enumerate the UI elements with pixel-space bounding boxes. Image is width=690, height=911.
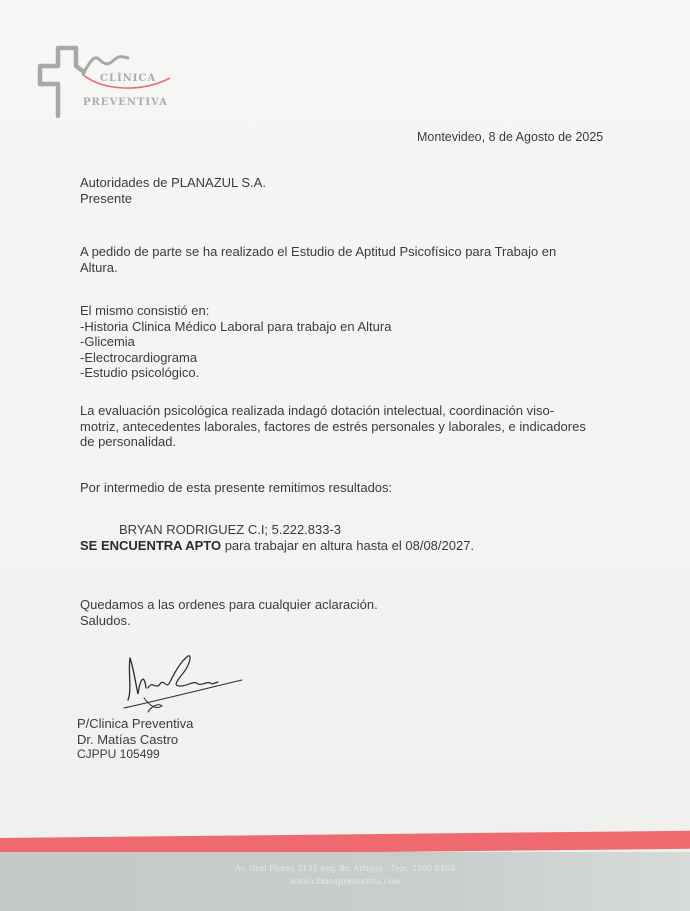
list-item: -Historia Clinica Médico Laboral para tr… — [80, 319, 391, 335]
logo-text-preventiva: PREVENTIVA — [83, 97, 168, 108]
evaluation-line: La evaluación psicológica realizada inda… — [80, 403, 586, 419]
closing-line: Saludos. — [80, 613, 378, 629]
list-item: -Glicemia — [80, 334, 391, 350]
study-heading: El mismo consistió en: — [80, 303, 391, 319]
evaluation-line: de personalidad. — [80, 434, 586, 450]
closing-line: Quedamos a las ordenes para cualquier ac… — [80, 597, 378, 613]
footer-address: Av. Gral Flores 3131 esq. Br. Artigas - … — [0, 864, 690, 873]
intro-line: Altura. — [80, 260, 556, 276]
handwritten-signature-icon — [110, 650, 250, 720]
signatory-registration: CJPPU 105499 — [77, 747, 193, 763]
date-line: Montevideo, 8 de Agosto de 2025 — [417, 130, 603, 146]
evaluation-line: motriz, antecedentes laborales, factores… — [80, 419, 586, 435]
list-item: -Electrocardiograma — [80, 350, 391, 366]
verdict-detail: para trabajar en altura hasta el 08/08/2… — [221, 538, 474, 553]
list-item: -Estudio psicológico. — [80, 365, 391, 381]
fitness-verdict: SE ENCUENTRA APTO para trabajar en altur… — [80, 538, 474, 554]
recipient-name: Autoridades de PLANAZUL S.A. — [80, 175, 266, 191]
evaluation-paragraph: La evaluación psicológica realizada inda… — [80, 403, 586, 450]
verdict-status: SE ENCUENTRA APTO — [80, 538, 221, 553]
results-intro: Por intermedio de esta presente remitimo… — [80, 480, 392, 496]
logo-text-clinica: CLÍNICA — [100, 73, 156, 84]
study-list: El mismo consistió en: -Historia Clinica… — [80, 303, 391, 381]
recipient-salutation: Presente — [80, 191, 266, 207]
signatory-block: P/Clinica Preventiva Dr. Matías Castro C… — [77, 716, 193, 763]
letter-page: CLÍNICA PREVENTIVA Montevideo, 8 de Agos… — [0, 0, 690, 911]
signatory-name: Dr. Matías Castro — [77, 732, 193, 748]
intro-paragraph: A pedido de parte se ha realizado el Est… — [80, 244, 556, 275]
intro-line: A pedido de parte se ha realizado el Est… — [80, 244, 556, 260]
patient-identification: BRYAN RODRIGUEZ C.I; 5.222.833-3 — [119, 522, 341, 538]
recipient-block: Autoridades de PLANAZUL S.A. Presente — [80, 175, 266, 206]
clinic-logo: CLÍNICA PREVENTIVA — [34, 42, 184, 118]
footer-website: www.clinicapreventiva.com — [0, 877, 690, 886]
closing-block: Quedamos a las ordenes para cualquier ac… — [80, 597, 378, 628]
signatory-organization: P/Clinica Preventiva — [77, 716, 193, 732]
